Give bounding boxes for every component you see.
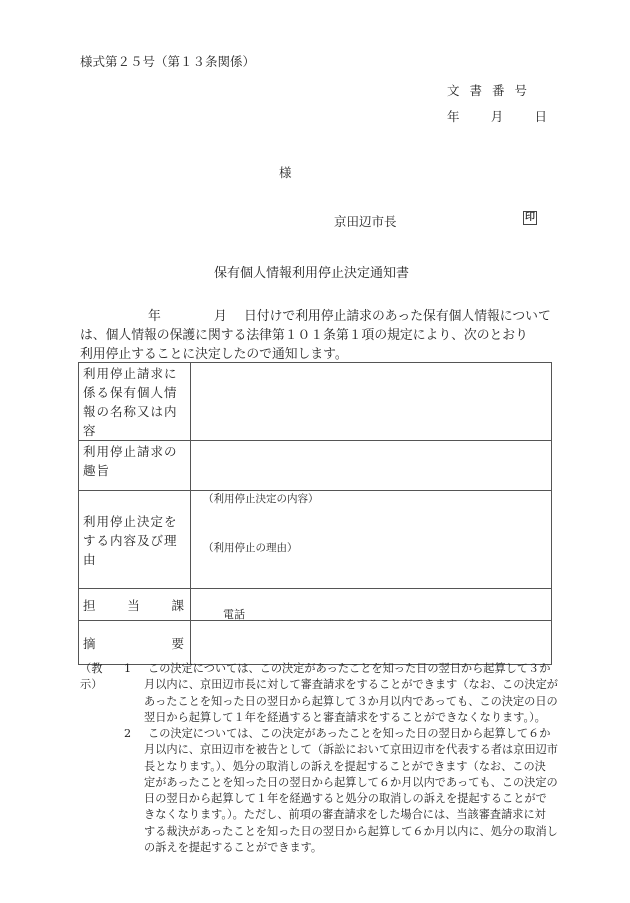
issuer-name: 京田辺市長 (334, 212, 397, 230)
date-day: 日 (534, 107, 547, 125)
request-purpose-field[interactable] (191, 441, 552, 491)
table-row-request-purpose: 利用停止請求の 趣旨 (79, 441, 552, 491)
decision-reason-caption: （利用停止の理由） (203, 540, 298, 555)
decision-content-caption: （利用停止決定の内容） (203, 491, 319, 506)
seal-icon: 印 (523, 211, 537, 225)
row-label: 担 当 課 (79, 589, 191, 621)
department-field[interactable]: 電話 (191, 589, 552, 621)
decision-table: 利用停止請求に 係る保有個人情 報の名称又は内 容 利用停止請求の 趣旨 利用停… (78, 362, 552, 665)
issue-date: 年 月 日 (447, 107, 547, 125)
document-number-label: 文書番号 (447, 81, 537, 99)
form-number: 様式第２５号（第１３条関係） (80, 52, 255, 70)
intro-paragraph: 年月日付けで利用停止請求のあった保有個人情報について は、個人情報の保護に関する… (80, 307, 552, 364)
intro-line-1: 年月日付けで利用停止請求のあった保有個人情報について (80, 307, 552, 326)
date-month: 月 (491, 107, 504, 125)
decision-field[interactable]: （利用停止決定の内容） （利用停止の理由） (191, 491, 552, 589)
row-label: 摘 要 (79, 621, 191, 665)
document-title: 保有個人情報利用停止決定通知書 (214, 262, 409, 281)
table-row-remarks: 摘 要 (79, 621, 552, 665)
table-row-info-name: 利用停止請求に 係る保有個人情 報の名称又は内 容 (79, 363, 552, 441)
row-label: 利用停止請求の 趣旨 (79, 441, 191, 491)
remarks-field[interactable] (191, 621, 552, 665)
date-year: 年 (447, 107, 460, 125)
intro-year-blank: 年 (148, 307, 214, 326)
info-name-field[interactable] (191, 363, 552, 441)
intro-line-2: は、個人情報の保護に関する法律第１０１条第１項の規定により、次のとおり (80, 326, 552, 345)
addressee-suffix: 様 (279, 163, 292, 181)
row-label: 利用停止決定を する内容及び理 由 (79, 491, 191, 589)
notes-heading: （教示） (80, 661, 102, 694)
table-row-department: 担 当 課 電話 (79, 589, 552, 621)
table-row-decision: 利用停止決定を する内容及び理 由 （利用停止決定の内容） （利用停止の理由） (79, 491, 552, 589)
intro-month-blank: 月 (214, 307, 244, 326)
row-label: 利用停止請求に 係る保有個人情 報の名称又は内 容 (79, 363, 191, 441)
